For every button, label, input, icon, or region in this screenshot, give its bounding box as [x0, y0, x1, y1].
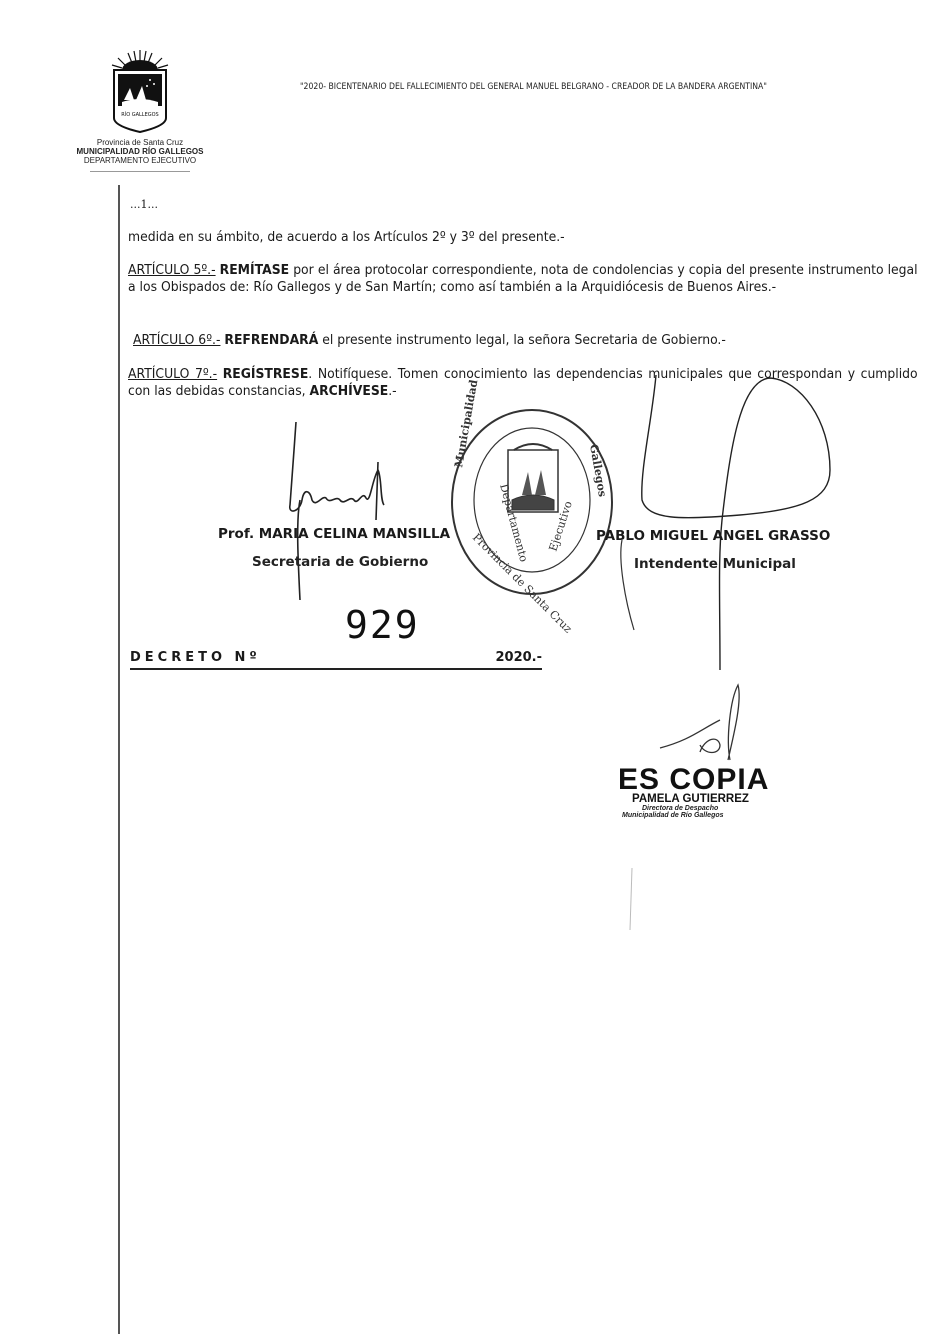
svg-text:Gallegos: Gallegos — [587, 443, 609, 498]
signatory-left-role: Secretaria de Gobierno — [252, 554, 428, 570]
official-seal — [452, 410, 612, 594]
decree-line: DECRETO Nº 2020.- — [130, 650, 542, 670]
certifier-block: PAMELA GUTIERREZ Directora de Despacho M… — [632, 793, 749, 819]
signatory-right-name: PABLO MIGUEL ANGEL GRASSO — [596, 528, 830, 544]
signatory-right-role: Intendente Municipal — [634, 556, 796, 572]
certifier-role: Directora de Despacho — [632, 805, 749, 812]
certifier-org: Municipalidad de Río Gallegos — [622, 812, 749, 819]
decree-label: DECRETO Nº — [130, 650, 261, 665]
signatory-left-name: Prof. MARIA CELINA MANSILLA — [218, 526, 450, 542]
certifier-name: PAMELA GUTIERREZ — [632, 793, 749, 805]
certified-copy-stamp: ES COPIA — [618, 763, 769, 797]
decree-number: 929 — [345, 603, 420, 647]
svg-text:Municipalidad: Municipalidad — [452, 378, 480, 468]
decree-year: 2020.- — [495, 650, 542, 665]
